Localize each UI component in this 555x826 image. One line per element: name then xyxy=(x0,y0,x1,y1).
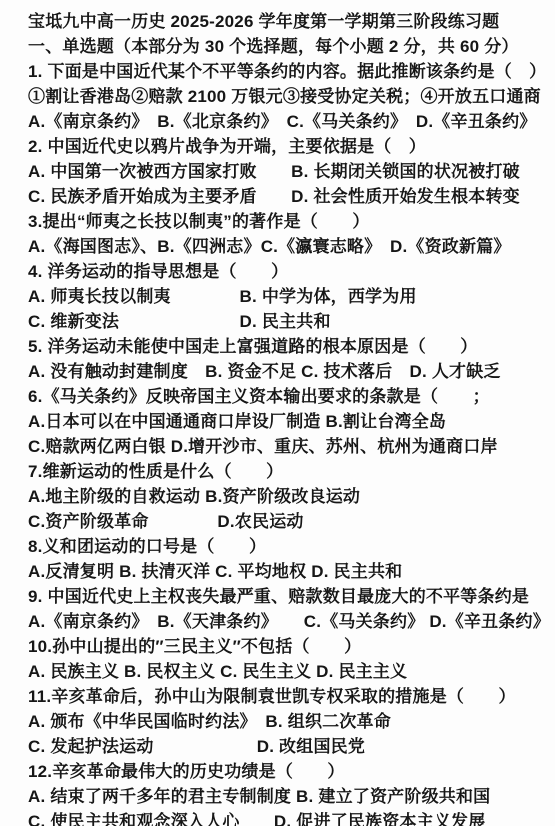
exam-title: 宝坻九中高一历史 2025-2026 学年度第一学期第三阶段练习题 xyxy=(28,9,551,34)
question-8: 8.义和团运动的口号是（ ） A.反清复明 B. 扶清灭洋 C. 平均地权 D.… xyxy=(28,534,551,584)
question-1-options: A.《南京条约》 B.《北京条约》 C.《马关条约》 D.《辛丑条约》 xyxy=(28,109,551,134)
question-4-options-ab: A. 师夷长技以制夷 B. 中学为体，西学为用 xyxy=(28,284,551,309)
question-4-stem: 4. 洋务运动的指导思想是（ ） xyxy=(28,259,551,284)
question-11-options-cd: C. 发起护法运动 D. 改组国民党 xyxy=(28,734,551,759)
question-12-options-cd: C. 使民主共和观念深入人心 D. 促进了民族资本主义发展 xyxy=(28,809,551,826)
question-10: 10.孙中山提出的″三民主义″不包括（ ） A. 民族主义 B. 民权主义 C.… xyxy=(28,634,551,684)
question-6-options-cd: C.赔款两亿两白银 D.增开沙市、重庆、苏州、杭州为通商口岸 xyxy=(28,434,551,459)
question-11-stem: 11.辛亥革命后，孙中山为限制袁世凯专权采取的措施是（ ） xyxy=(28,684,551,709)
question-10-options: A. 民族主义 B. 民权主义 C. 民生主义 D. 民主主义 xyxy=(28,659,551,684)
question-1-clauses: ①割让香港岛②赔款 2100 万银元③接受协定关税；④开放五口通商 xyxy=(28,84,551,109)
question-2: 2. 中国近代史以鸦片战争为开端，主要依据是（ ） A. 中国第一次被西方国家打… xyxy=(28,134,551,209)
question-12: 12.辛亥革命最伟大的历史功绩是（ ） A. 结束了两千多年的君主专制制度 B.… xyxy=(28,759,551,826)
question-5: 5. 洋务运动未能使中国走上富强道路的根本原因是（ ） A. 没有触动封建制度 … xyxy=(28,334,551,384)
question-7-stem: 7.维新运动的性质是什么（ ） xyxy=(28,459,551,484)
question-3-options: A.《海国图志》、B.《四洲志》C.《瀛寰志略》 D.《资政新篇》 xyxy=(28,234,551,259)
question-6: 6.《马关条约》反映帝国主义资本输出要求的条款是（ ； A.日本可以在中国通通商… xyxy=(28,384,551,459)
question-11: 11.辛亥革命后，孙中山为限制袁世凯专权采取的措施是（ ） A. 颁布《中华民国… xyxy=(28,684,551,759)
question-9: 9. 中国近代史上主权丧失最严重、赔款数目最庞大的不平等条约是 A.《南京条约》… xyxy=(28,584,551,634)
question-8-options: A.反清复明 B. 扶清灭洋 C. 平均地权 D. 民主共和 xyxy=(28,559,551,584)
question-4: 4. 洋务运动的指导思想是（ ） A. 师夷长技以制夷 B. 中学为体，西学为用… xyxy=(28,259,551,334)
question-6-options-ab: A.日本可以在中国通通商口岸设厂制造 B.割让台湾全岛 xyxy=(28,409,551,434)
question-3-stem: 3.提出“师夷之长技以制夷”的著作是（ ） xyxy=(28,209,551,234)
question-4-options-cd: C. 维新变法 D. 民主共和 xyxy=(28,309,551,334)
question-6-stem: 6.《马关条约》反映帝国主义资本输出要求的条款是（ ； xyxy=(28,384,551,409)
question-7-options-ab: A.地主阶级的自救运动 B.资产阶级改良运动 xyxy=(28,484,551,509)
question-5-stem: 5. 洋务运动未能使中国走上富强道路的根本原因是（ ） xyxy=(28,334,551,359)
question-8-stem: 8.义和团运动的口号是（ ） xyxy=(28,534,551,559)
question-2-stem: 2. 中国近代史以鸦片战争为开端，主要依据是（ ） xyxy=(28,134,551,159)
question-9-options: A.《南京条约》 B.《天津条约》 C.《马关条约》 D.《辛丑条约》 xyxy=(28,609,551,634)
question-9-stem: 9. 中国近代史上主权丧失最严重、赔款数目最庞大的不平等条约是 xyxy=(28,584,551,609)
question-2-options-cd: C. 民族矛盾开始成为主要矛盾 D. 社会性质开始发生根本转变 xyxy=(28,184,551,209)
question-10-stem: 10.孙中山提出的″三民主义″不包括（ ） xyxy=(28,634,551,659)
question-12-options-ab: A. 结束了两千多年的君主专制制度 B. 建立了资产阶级共和国 xyxy=(28,784,551,809)
question-3: 3.提出“师夷之长技以制夷”的著作是（ ） A.《海国图志》、B.《四洲志》C.… xyxy=(28,209,551,259)
question-7: 7.维新运动的性质是什么（ ） A.地主阶级的自救运动 B.资产阶级改良运动 C… xyxy=(28,459,551,534)
question-12-stem: 12.辛亥革命最伟大的历史功绩是（ ） xyxy=(28,759,551,784)
exam-page: 宝坻九中高一历史 2025-2026 学年度第一学期第三阶段练习题 一、单选题（… xyxy=(0,0,555,826)
question-1-stem: 1. 下面是中国近代某个不平等条约的内容。据此推断该条约是（ ） xyxy=(28,59,551,84)
question-5-options: A. 没有触动封建制度 B. 资金不足 C. 技术落后 D. 人才缺乏 xyxy=(28,359,551,384)
question-7-options-cd: C.资产阶级革命 D.农民运动 xyxy=(28,509,551,534)
question-1: 1. 下面是中国近代某个不平等条约的内容。据此推断该条约是（ ） ①割让香港岛②… xyxy=(28,59,551,134)
question-2-options-ab: A. 中国第一次被西方国家打败 B. 长期闭关锁国的状况被打破 xyxy=(28,159,551,184)
question-11-options-ab: A. 颁布《中华民国临时约法》 B. 组织二次革命 xyxy=(28,709,551,734)
section-header: 一、单选题（本部分为 30 个选择题，每个小题 2 分，共 60 分） xyxy=(28,34,551,59)
